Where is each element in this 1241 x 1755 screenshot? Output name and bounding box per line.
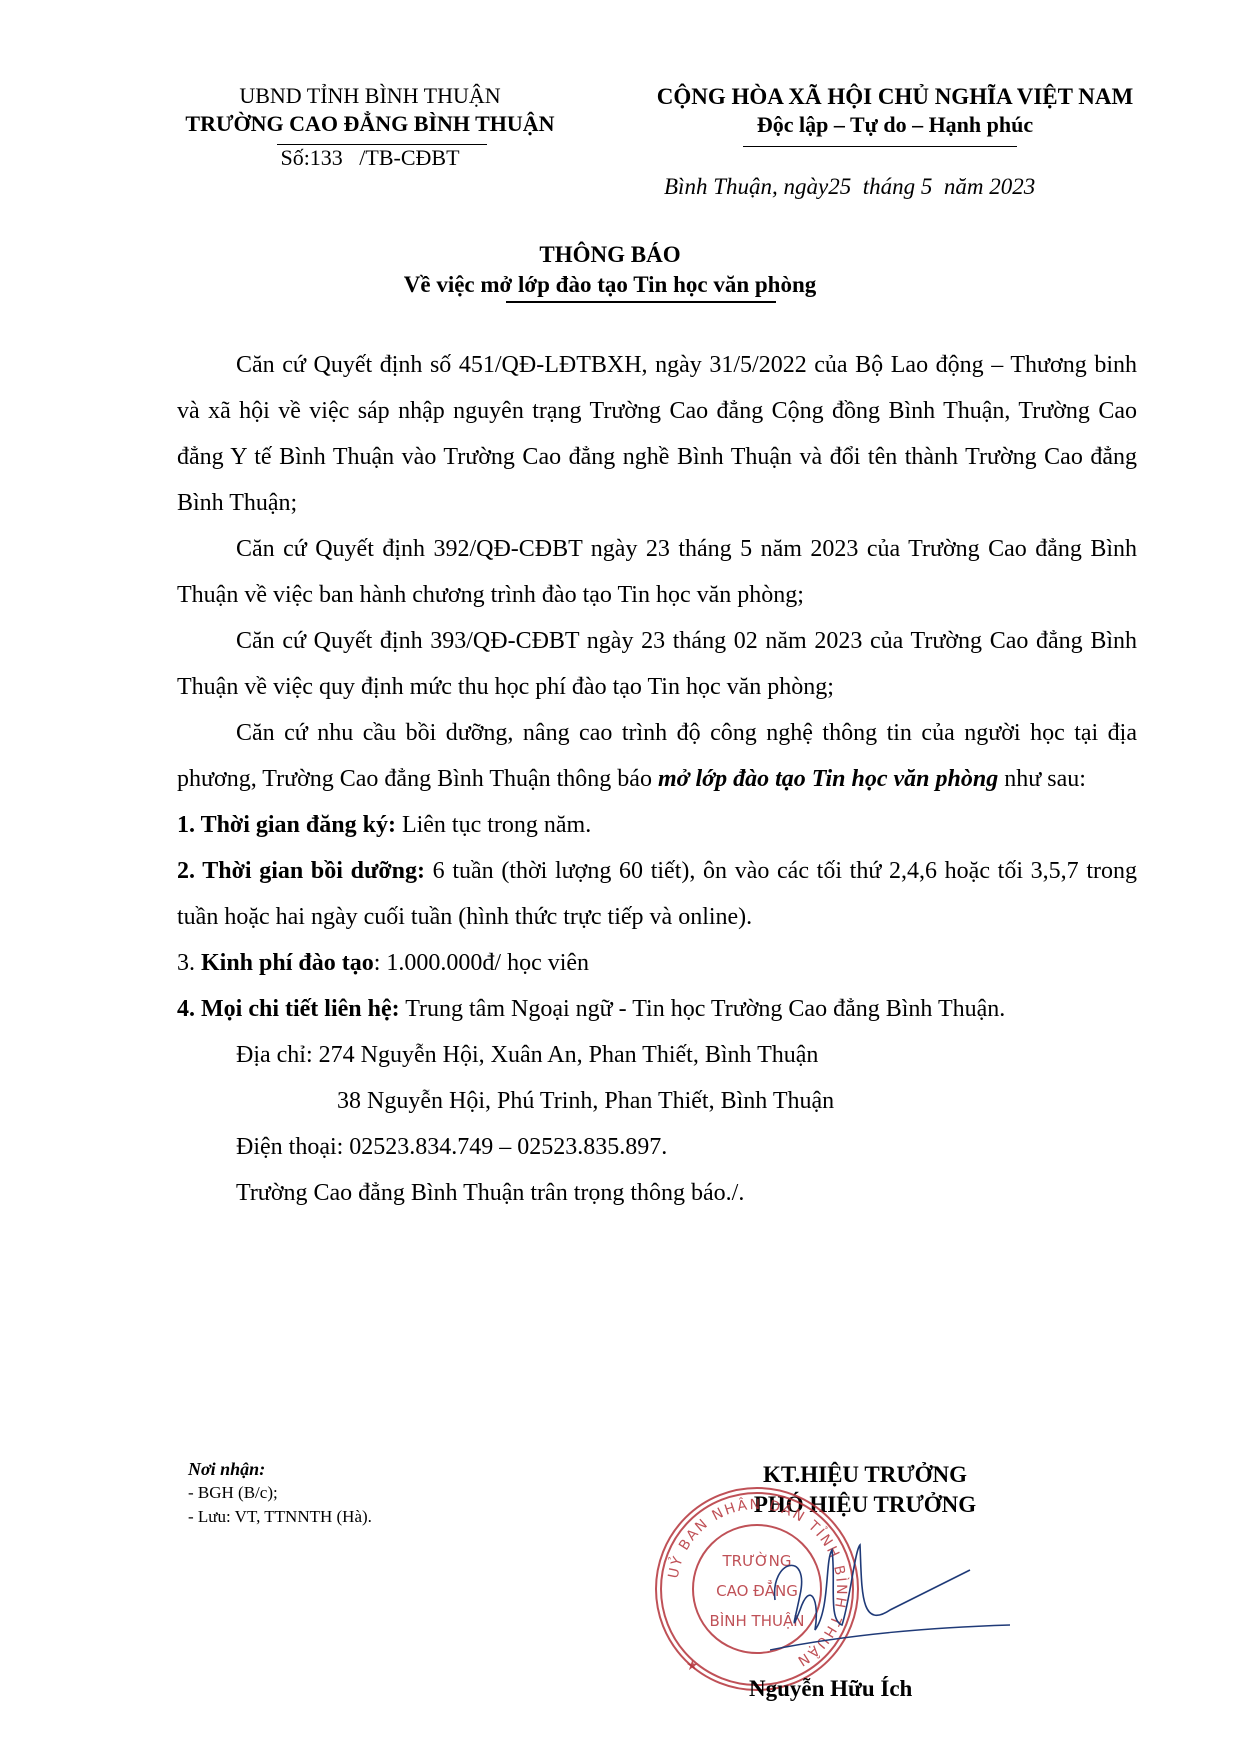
document-subject: Về việc mở lớp đào tạo Tin học văn phòng <box>330 270 890 300</box>
nation-title: CỘNG HÒA XÃ HỘI CHỦ NGHĨA VIỆT NAM <box>610 82 1180 111</box>
item-tuition-fee: 3. Kinh phí đào tạo: 1.000.000đ/ học viê… <box>177 940 1137 986</box>
item-text: Trung tâm Ngoại ngữ - Tin học Trường Cao… <box>400 996 1006 1022</box>
item-registration-time: 1. Thời gian đăng ký: Liên tục trong năm… <box>177 802 1137 848</box>
basis-4-tail: như sau: <box>998 766 1086 792</box>
legal-basis-2: Căn cứ Quyết định 392/QĐ-CĐBT ngày 23 th… <box>177 526 1137 618</box>
legal-basis-1: Căn cứ Quyết định số 451/QĐ-LĐTBXH, ngày… <box>177 342 1137 526</box>
recipients-heading: Nơi nhận: <box>188 1457 372 1481</box>
national-motto: Độc lập – Tự do – Hạnh phúc <box>610 111 1180 139</box>
item-text: Liên tục trong năm. <box>396 812 591 838</box>
item-number: 3 <box>177 950 189 976</box>
document-body: Căn cứ Quyết định số 451/QĐ-LĐTBXH, ngày… <box>177 342 1137 1216</box>
phone-numbers: Điện thoại: 02523.834.749 – 02523.835.89… <box>177 1124 1137 1170</box>
closing-line: Trường Cao đẳng Bình Thuận trân trọng th… <box>177 1170 1137 1216</box>
legal-basis-3: Căn cứ Quyết định 393/QĐ-CĐBT ngày 23 th… <box>177 618 1137 710</box>
item-label: Kinh phí đào tạo <box>201 950 374 976</box>
item-label: 1. Thời gian đăng ký: <box>177 812 396 838</box>
item-text: : 1.000.000đ/ học viên <box>374 950 589 976</box>
header-left-underline <box>277 144 487 145</box>
document-number: Số:133 /TB-CĐBT <box>130 144 610 172</box>
document-heading: THÔNG BÁO <box>330 240 890 270</box>
legal-basis-4: Căn cứ nhu cầu bồi dưỡng, nâng cao trình… <box>177 710 1137 802</box>
national-header-block: CỘNG HÒA XÃ HỘI CHỦ NGHĨA VIỆT NAM Độc l… <box>610 82 1180 139</box>
document-title-block: THÔNG BÁO Về việc mở lớp đào tạo Tin học… <box>330 240 890 300</box>
header-right-underline <box>743 146 1017 147</box>
recipient-item: - Lưu: VT, TTNNTH (Hà). <box>188 1505 372 1529</box>
item-contact: 4. Mọi chi tiết liên hệ: Trung tâm Ngoại… <box>177 986 1137 1032</box>
authority-name: UBND TỈNH BÌNH THUẬN <box>130 82 610 110</box>
svg-text:★: ★ <box>686 1659 699 1674</box>
recipients-block: Nơi nhận: - BGH (B/c); - Lưu: VT, TTNNTH… <box>188 1457 372 1529</box>
basis-4-emphasis: mở lớp đào tạo Tin học văn phòng <box>658 766 998 792</box>
issuing-authority-block: UBND TỈNH BÌNH THUẬN TRƯỜNG CAO ĐẲNG BÌN… <box>130 82 610 172</box>
item-label: 2. Thời gian bồi dưỡng: <box>177 858 425 884</box>
address-1: Địa chỉ: 274 Nguyễn Hội, Xuân An, Phan T… <box>177 1032 1137 1078</box>
recipient-item: - BGH (B/c); <box>188 1481 372 1505</box>
item-training-duration: 2. Thời gian bồi dưỡng: 6 tuần (thời lượ… <box>177 848 1137 940</box>
item-label: 4. Mọi chi tiết liên hệ: <box>177 996 400 1022</box>
school-name: TRƯỜNG CAO ĐẲNG BÌNH THUẬN <box>130 110 610 138</box>
signer-name: Nguyễn Hữu Ích <box>749 1676 912 1702</box>
handwritten-signature-icon <box>770 1540 1010 1660</box>
document-date: Bình Thuận, ngày25 tháng 5 năm 2023 <box>664 174 1035 200</box>
subject-underline <box>506 301 776 303</box>
address-2: 38 Nguyễn Hội, Phú Trinh, Phan Thiết, Bì… <box>177 1078 1137 1124</box>
